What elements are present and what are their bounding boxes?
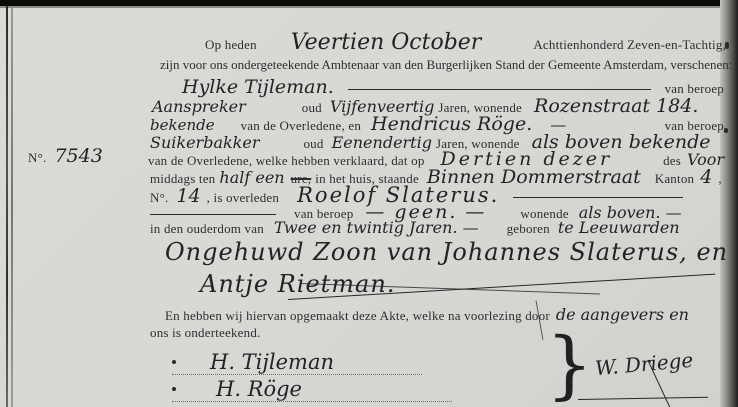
signature-declarant2: H. Röge: [172, 377, 452, 402]
hw-date: Veertien October: [291, 30, 482, 55]
death-certificate-scan: N°. 7543 Op heden Veertien October Achtt…: [0, 0, 738, 407]
printed-year: Achttienhonderd Zeven-en-Tachtig,: [533, 37, 726, 53]
act-number: N°. 7543: [28, 145, 103, 167]
printed-ouderdom: in den ouderdom van: [150, 221, 264, 237]
ink-dot: [172, 360, 176, 364]
line-registrar: zijn voor ons ondergeteekende Ambtenaar …: [160, 57, 726, 73]
hw-signature-roge: H. Röge: [216, 377, 302, 401]
line-parents-1: Ongehuwd Zoon van Johannes Slaterus, en: [165, 238, 724, 266]
line-signed-note: ons is onderteekend.: [150, 325, 261, 341]
printed-comma: ,: [718, 171, 721, 187]
fill-line: [150, 214, 276, 215]
binding-line: [6, 6, 8, 407]
printed-onderteekend: ons is onderteekend.: [150, 325, 261, 341]
line-closing: En hebben wij hiervan opgemaakt deze Akt…: [165, 305, 724, 324]
ink-speck: [724, 128, 728, 133]
printed-op-heden: Op heden: [205, 37, 257, 53]
signature-declarant1: H. Tijleman: [172, 350, 422, 375]
act-number-value: 7543: [54, 145, 102, 167]
printed-geboren: geboren: [507, 221, 550, 237]
fill-line: [348, 89, 651, 90]
hw-signature-registrar: W. Driege: [594, 348, 694, 380]
act-number-label: N°.: [28, 150, 46, 166]
ink-dot: [172, 387, 176, 391]
brace-glyph: }: [546, 328, 593, 402]
hw-birthplace: te Leeuwarden: [558, 218, 680, 237]
hw-signature-tijleman: H. Tijleman: [210, 350, 334, 374]
hw-deceased-age: Twee en twintig Jaren. —: [274, 218, 479, 237]
printed-registrar-text: zijn voor ons ondergeteekende Ambtenaar …: [160, 57, 732, 73]
bottom-rule: [578, 397, 708, 400]
scan-top-edge-shadow: [0, 6, 738, 8]
hw-parents-line1: Ongehuwd Zoon van Johannes Slaterus, en: [165, 238, 728, 266]
fill-line: [513, 197, 683, 198]
line-date: Op heden Veertien October Achttienhonder…: [205, 30, 726, 55]
signature-registrar: W. Driege: [594, 348, 694, 380]
line-deceased-age: in den ouderdom van Twee en twintig Jare…: [150, 218, 724, 237]
binding-line: [11, 6, 13, 407]
printed-closing: En hebben wij hiervan opgemaakt deze Akt…: [165, 308, 550, 324]
